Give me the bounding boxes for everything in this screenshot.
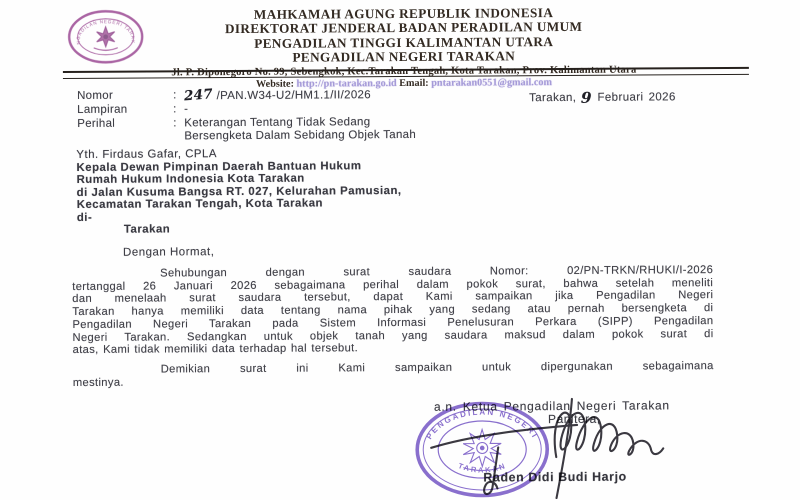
nomor-handwritten-number: 247 bbox=[184, 88, 214, 104]
colon: : bbox=[173, 89, 184, 103]
perihal-row: Perihal : Keterangan Tentang Tidak Sedan… bbox=[77, 115, 497, 131]
perihal-label: Perihal bbox=[77, 117, 173, 131]
nomor-label: Nomor bbox=[77, 89, 173, 104]
body-paragraph-2: Demikian surat ini Kami sampaikan untuk … bbox=[73, 360, 714, 389]
nomor-printed: /PAN.W34-U2/HM1.1/II/2026 bbox=[217, 89, 371, 102]
place-and-date: Tarakan, 9 Februari 2026 bbox=[529, 86, 676, 105]
date-handwritten-number: 9 bbox=[581, 89, 593, 107]
body-paragraph-1: Sehubungan dengan surat saudara Nomor: 0… bbox=[72, 264, 714, 357]
recipient-city: Tarakan bbox=[124, 222, 402, 236]
recipient-block: Yth. Firdaus Gafar, CPLA Kepala Dewan Pi… bbox=[76, 147, 401, 236]
lampiran-label: Lampiran bbox=[77, 104, 173, 118]
signature-ink bbox=[401, 392, 722, 500]
court-emblem-icon: PENGADILAN NEGERI TARAKAN bbox=[63, 7, 149, 68]
colon: : bbox=[173, 117, 184, 130]
scanned-letter-page: PENGADILAN NEGERI TARAKAN MAHKAMAH AGUNG… bbox=[0, 0, 800, 500]
recipient-line: Kepala Dewan Pimpinan Daerah Bantuan Huk… bbox=[76, 159, 401, 173]
letter-sheet: PENGADILAN NEGERI TARAKAN MAHKAMAH AGUNG… bbox=[0, 0, 800, 500]
date-rest: Februari 2026 bbox=[597, 91, 675, 103]
paragraph-line: atas, Kami tidak memiliki data terhadap … bbox=[73, 340, 714, 357]
recipient-line: di Jalan Kusuma Bangsa RT. 027, Keluraha… bbox=[77, 184, 402, 198]
letter-meta: Nomor : 247 /PAN.W34-U2/HM1.1/II/2026 La… bbox=[77, 87, 497, 144]
perihal-value-line2: Bersengketa Dalam Sebidang Objek Tanah bbox=[184, 129, 497, 144]
salutation: Dengan Hormat, bbox=[123, 246, 214, 259]
letterhead: MAHKAMAH AGUNG REPUBLIK INDONESIA DIREKT… bbox=[149, 5, 659, 91]
colon: : bbox=[173, 104, 184, 117]
perihal-value-line1: Keterangan Tentang Tidak Sedang bbox=[184, 115, 497, 130]
place: Tarakan, bbox=[529, 92, 576, 104]
